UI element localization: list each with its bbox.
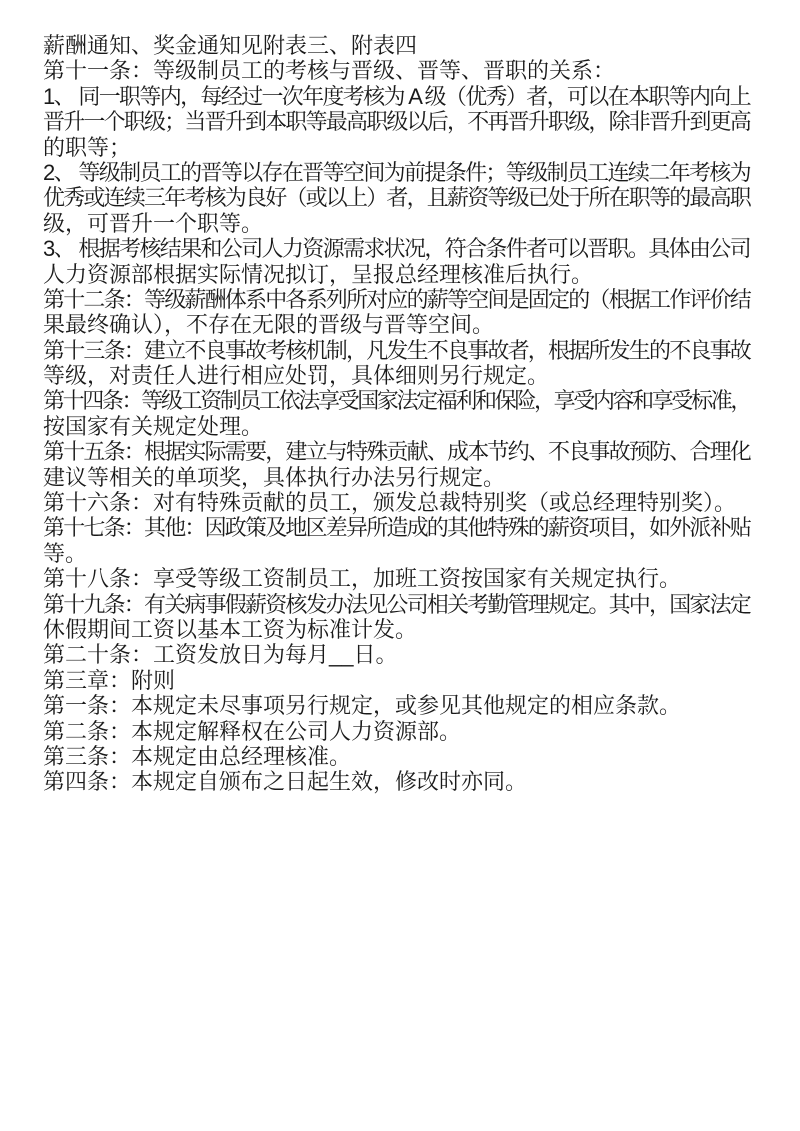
text-line: 按国家有关规定处理。	[43, 414, 750, 439]
text-line: 第十八条：享受等级工资制员工，加班工资按国家有关规定执行。	[43, 566, 750, 591]
text-line: 第十五条：根据实际需要，建立与特殊贡献、成本节约、不良事故预防、合理化	[43, 439, 750, 464]
text-line: 等级，对责任人进行相应处罚，具体细则另行规定。	[43, 363, 750, 388]
text-line: 第四条：本规定自颁布之日起生效，修改时亦同。	[43, 769, 750, 794]
text-line-content: 晋升一个职级；当晋升到本职等最高职级以后，不再晋升职级，除非晋升到更高	[43, 109, 750, 134]
text-line-content: 第十一条：等级制员工的考核与晋级、晋等、晋职的关系：	[43, 58, 615, 83]
text-line: 第三章：附则	[43, 668, 750, 693]
text-line: 第十一条：等级制员工的考核与晋级、晋等、晋职的关系：	[43, 58, 750, 83]
text-line-content: 2、 等级制员工的晋等以存在晋等空间为前提条件；等级制员工连续二年考核为	[43, 160, 750, 185]
text-line: 薪酬通知、奖金通知见附表三、附表四	[43, 33, 750, 58]
text-line-content: 建议等相关的单项奖，具体执行办法另行规定。	[43, 465, 505, 490]
text-line-content: 薪酬通知、奖金通知见附表三、附表四	[43, 33, 417, 58]
text-line-content: 按国家有关规定处理。	[43, 414, 263, 439]
text-line: 第十七条：其他：因政策及地区差异所造成的其他特殊的薪资项目，如外派补贴	[43, 515, 750, 540]
text-line: 人力资源部根据实际情况拟订，呈报总经理核准后执行。	[43, 262, 750, 287]
text-line-content: 第一条：本规定未尽事项另行规定，或参见其他规定的相应条款。	[43, 693, 681, 718]
text-line-content: 第十五条：根据实际需要，建立与特殊贡献、成本节约、不良事故预防、合理化	[43, 439, 750, 464]
text-line: 优秀或连续三年考核为良好（或以上）者，且薪资等级已处于所在职等的最高职	[43, 185, 750, 210]
text-line-content: 第十九条：有关病事假薪资核发办法见公司相关考勤管理规定。其中，国家法定	[43, 592, 750, 617]
text-line: 2、 等级制员工的晋等以存在晋等空间为前提条件；等级制员工连续二年考核为	[43, 160, 750, 185]
text-line: 等。	[43, 541, 750, 566]
text-line-content: 第十二条：等级薪酬体系中各系列所对应的薪等空间是固定的（根据工作评价结	[43, 287, 750, 312]
text-line: 第十三条：建立不良事故考核机制，凡发生不良事故者，根据所发生的不良事故	[43, 338, 750, 363]
text-line-content: 1、 同一职等内，每经过一次年度考核为 A 级（优秀）者，可以在本职等内向上	[43, 84, 750, 109]
text-line-content: 果最终确认），不存在无限的晋级与晋等空间。	[43, 312, 494, 337]
text-line: 级，可晋升一个职等。	[43, 211, 750, 236]
text-line: 第十九条：有关病事假薪资核发办法见公司相关考勤管理规定。其中，国家法定	[43, 592, 750, 617]
text-line: 1、 同一职等内，每经过一次年度考核为 A 级（优秀）者，可以在本职等内向上	[43, 84, 750, 109]
text-line-content: 第十八条：享受等级工资制员工，加班工资按国家有关规定执行。	[43, 566, 681, 591]
text-line: 第十四条：等级工资制员工依法享受国家法定福利和保险，享受内容和享受标准，	[43, 388, 750, 413]
text-line-content: 第十七条：其他：因政策及地区差异所造成的其他特殊的薪资项目，如外派补贴	[43, 515, 750, 540]
text-line-content: 第三条：本规定由总经理核准。	[43, 744, 351, 769]
text-line: 第二十条：工资发放日为每月__日。	[43, 642, 750, 667]
text-line-content: 第十四条：等级工资制员工依法享受国家法定福利和保险，享受内容和享受标准，	[43, 388, 750, 413]
text-line: 第一条：本规定未尽事项另行规定，或参见其他规定的相应条款。	[43, 693, 750, 718]
text-line-content: 第二十条：工资发放日为每月__日。	[43, 642, 397, 667]
text-line: 休假期间工资以基本工资为标准计发。	[43, 617, 750, 642]
text-line: 晋升一个职级；当晋升到本职等最高职级以后，不再晋升职级，除非晋升到更高	[43, 109, 750, 134]
text-line: 果最终确认），不存在无限的晋级与晋等空间。	[43, 312, 750, 337]
text-line: 第二条：本规定解释权在公司人力资源部。	[43, 719, 750, 744]
document-text-block: 薪酬通知、奖金通知见附表三、附表四 第十一条：等级制员工的考核与晋级、晋等、晋职…	[43, 33, 750, 795]
text-line-content: 的职等；	[43, 135, 131, 160]
text-line-content: 第十六条：对有特殊贡献的员工，颁发总裁特别奖（或总经理特别奖）。	[43, 490, 736, 515]
text-line: 3、 根据考核结果和公司人力资源需求状况，符合条件者可以晋职。具体由公司	[43, 236, 750, 261]
text-line-content: 第三章：附则	[43, 668, 175, 693]
text-line-content: 人力资源部根据实际情况拟订，呈报总经理核准后执行。	[43, 262, 593, 287]
text-line-content: 优秀或连续三年考核为良好（或以上）者，且薪资等级已处于所在职等的最高职	[43, 185, 750, 210]
text-line: 建议等相关的单项奖，具体执行办法另行规定。	[43, 465, 750, 490]
document-page: 薪酬通知、奖金通知见附表三、附表四 第十一条：等级制员工的考核与晋级、晋等、晋职…	[0, 0, 800, 1131]
text-line-content: 第十三条：建立不良事故考核机制，凡发生不良事故者，根据所发生的不良事故	[43, 338, 750, 363]
text-line-content: 级，可晋升一个职等。	[43, 211, 263, 236]
text-line-content: 休假期间工资以基本工资为标准计发。	[43, 617, 417, 642]
text-line-content: 第二条：本规定解释权在公司人力资源部。	[43, 719, 461, 744]
text-line: 第十二条：等级薪酬体系中各系列所对应的薪等空间是固定的（根据工作评价结	[43, 287, 750, 312]
text-line-content: 等级，对责任人进行相应处罚，具体细则另行规定。	[43, 363, 549, 388]
text-line-content: 等。	[43, 541, 87, 566]
text-line: 的职等；	[43, 135, 750, 160]
text-line-content: 第四条：本规定自颁布之日起生效，修改时亦同。	[43, 769, 527, 794]
text-line: 第三条：本规定由总经理核准。	[43, 744, 750, 769]
text-line-content: 3、 根据考核结果和公司人力资源需求状况，符合条件者可以晋职。具体由公司	[43, 236, 750, 261]
text-line: 第十六条：对有特殊贡献的员工，颁发总裁特别奖（或总经理特别奖）。	[43, 490, 750, 515]
